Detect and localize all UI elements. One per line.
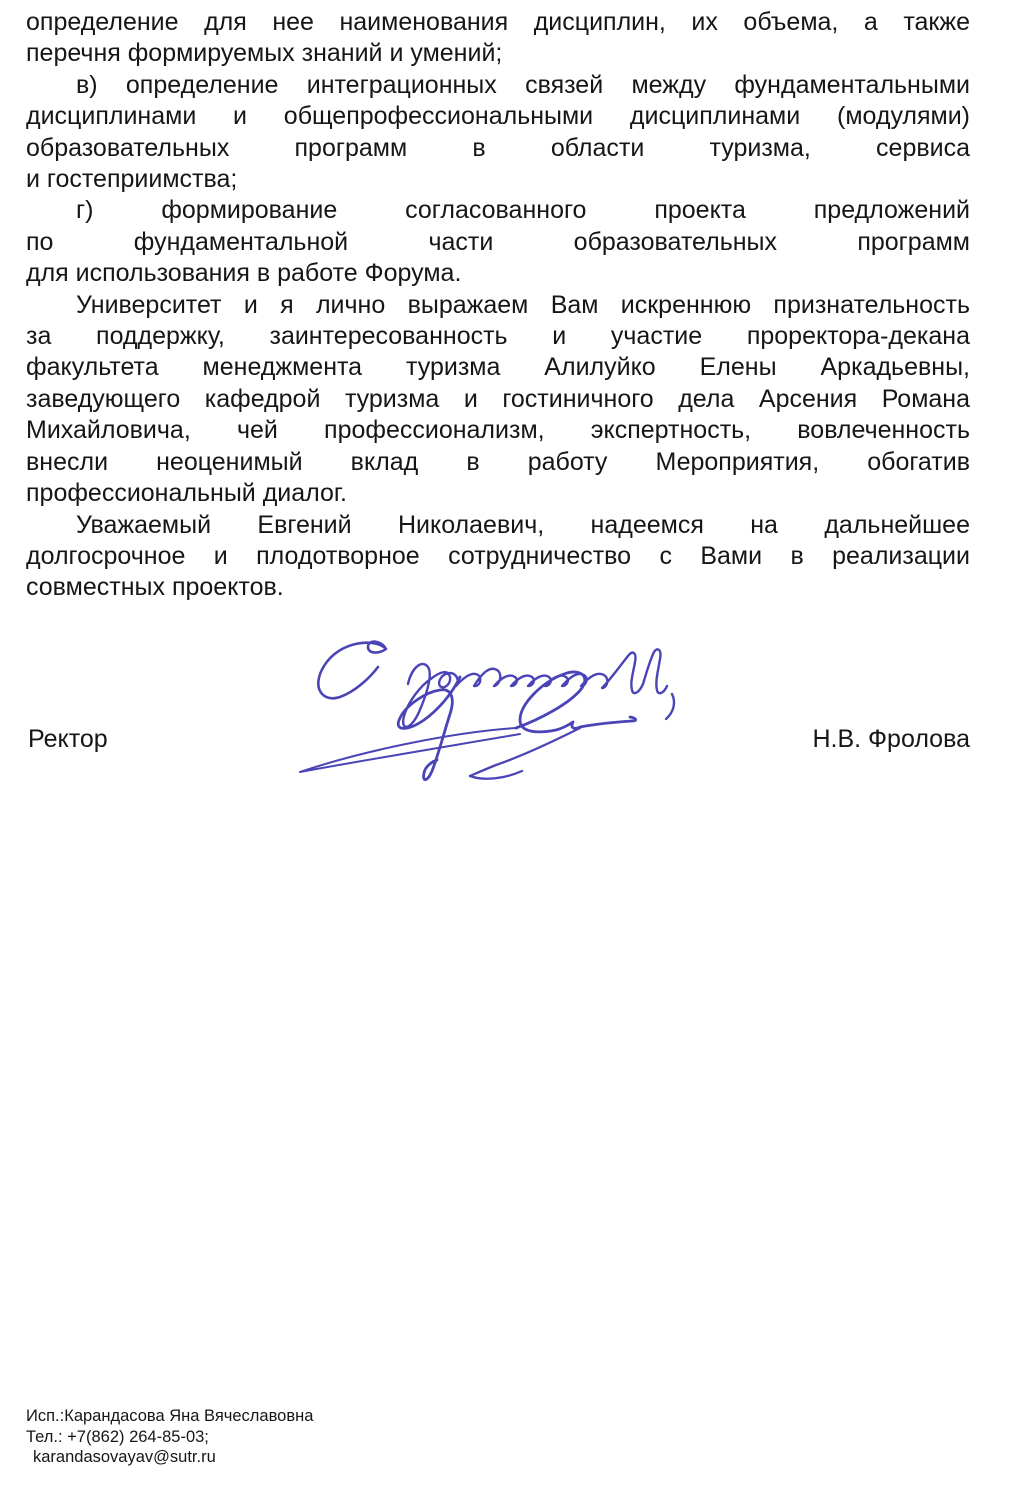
body-line: определение для нее наименования дисципл… bbox=[26, 7, 970, 38]
body-line: дисциплинами и общепрофессиональными дис… bbox=[26, 101, 970, 132]
signature-stroke bbox=[398, 677, 460, 780]
body-line: Университет и я лично выражаем Вам искре… bbox=[26, 290, 970, 321]
signature-stroke bbox=[403, 649, 667, 726]
body-line: заведующего кафедрой туризма и гостиничн… bbox=[26, 384, 970, 415]
body-line: в) определение интеграционных связей меж… bbox=[26, 70, 970, 101]
signature-stroke bbox=[300, 728, 520, 772]
executor-footer: Исп.:Карандасова Яна Вячеславовна Тел.: … bbox=[26, 1406, 313, 1468]
signature-handwriting: С уважением, bbox=[280, 622, 720, 792]
footer-executor-line: Исп.:Карандасова Яна Вячеславовна bbox=[26, 1406, 313, 1427]
letter-page: определение для нее наименования дисципл… bbox=[0, 0, 1024, 1492]
body-line: г) формирование согласованного проекта п… bbox=[26, 195, 970, 226]
body-line: факультета менеджмента туризма Алилуйко … bbox=[26, 352, 970, 383]
footer-phone-line: Тел.: +7(862) 264-85-03; bbox=[26, 1427, 313, 1448]
signature-stroke bbox=[318, 642, 386, 699]
body-line: перечня формируемых знаний и умений; bbox=[26, 38, 970, 69]
body-line: долгосрочное и плодотворное сотрудничест… bbox=[26, 541, 970, 572]
body-line: Уважаемый Евгений Николаевич, надеемся н… bbox=[26, 510, 970, 541]
body-line: совместных проектов. bbox=[26, 572, 970, 603]
signatory-name: Н.В. Фролова bbox=[812, 724, 970, 755]
body-line: за поддержку, заинтересованность и участ… bbox=[26, 321, 970, 352]
letter-body: определение для нее наименования дисципл… bbox=[26, 7, 970, 604]
body-line: для использования в работе Форума. bbox=[26, 258, 970, 289]
body-line: по фундаментальной части образовательных… bbox=[26, 227, 970, 258]
signature-stroke bbox=[470, 728, 580, 776]
footer-email-line: karandasovayav@sutr.ru bbox=[26, 1447, 313, 1468]
body-line: образовательных программ в области туриз… bbox=[26, 133, 970, 164]
body-line: профессиональный диалог. bbox=[26, 478, 970, 509]
body-line: и гостеприимства; bbox=[26, 164, 970, 195]
signature-stroke bbox=[666, 694, 674, 719]
body-line: Михайловича, чей профессионализм, экспер… bbox=[26, 415, 970, 446]
signatory-role: Ректор bbox=[28, 724, 108, 755]
body-line: внесли неоценимый вклад в работу Меропри… bbox=[26, 447, 970, 478]
